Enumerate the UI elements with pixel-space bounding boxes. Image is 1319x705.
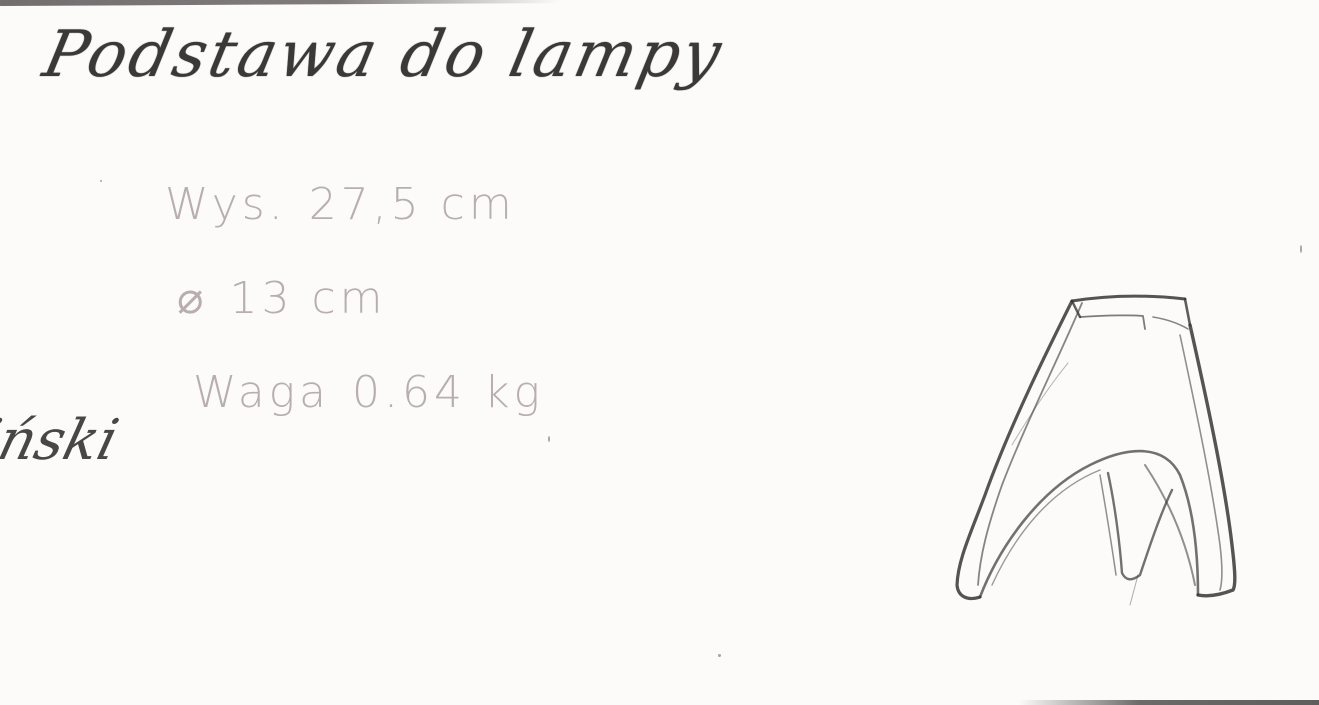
paper-speck	[548, 436, 550, 442]
paper-speck	[718, 654, 721, 657]
paper-speck	[1300, 245, 1302, 253]
measurement-label: Wys.	[165, 179, 287, 230]
card-edge-bottom	[1019, 700, 1319, 705]
diameter-symbol-icon: ⌀	[177, 273, 208, 324]
catalog-card: Podstawa do lampy Wys.27,5 cm ⌀13 cm Wag…	[0, 0, 1319, 705]
measurement-diameter: ⌀13 cm	[165, 252, 544, 346]
measurement-weight: Waga0.64 kg	[165, 346, 544, 440]
card-title: Podstawa do lampy	[37, 18, 730, 92]
measurement-value: 27,5 cm	[309, 179, 516, 230]
measurement-label: Waga	[193, 367, 330, 418]
signature-fragment: iński	[0, 408, 125, 473]
measurements: Wys.27,5 cm ⌀13 cm Waga0.64 kg	[165, 158, 544, 440]
measurement-value: 13 cm	[230, 273, 387, 324]
measurement-height: Wys.27,5 cm	[165, 158, 544, 252]
card-edge-top	[0, 0, 560, 6]
measurement-value: 0.64 kg	[352, 367, 544, 418]
paper-speck	[100, 180, 102, 182]
lamp-base-sketch-icon	[940, 285, 1250, 615]
